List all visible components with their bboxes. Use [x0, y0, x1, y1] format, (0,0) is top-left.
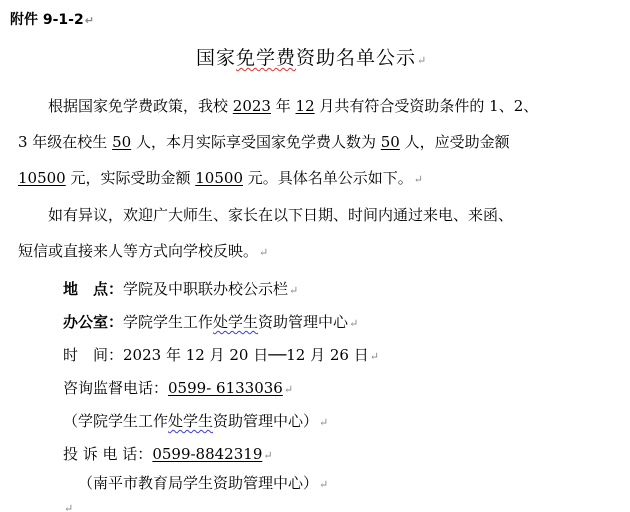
text-run: 免学费政策，我校: [108, 97, 233, 115]
location-label: 地 点：: [63, 280, 123, 298]
paragraph1-line2: 3 年级在校生 50 人，本月实际享受国家免学费人数为 50 人，应受助金额: [18, 132, 510, 152]
annex-label: 附件 9-1-2↵: [10, 10, 94, 31]
office-row: 办公室：学院学生工作处学生资助管理中心↵: [63, 312, 358, 334]
text-run: 免学费人数为: [286, 133, 381, 151]
paragraph-mark-icon: ↵: [64, 502, 73, 512]
title-part: 国家: [196, 47, 236, 69]
text-run: 年: [271, 97, 296, 115]
complaint-label: 投 诉 电 话：: [63, 445, 152, 463]
students-count: 50: [112, 133, 131, 151]
empty-paragraph: ↵: [63, 497, 73, 512]
paragraph-mark-icon: ↵: [417, 54, 427, 67]
title-part: 资助名单公示: [296, 47, 416, 69]
annex-label-text: 附件 9-1-2: [10, 12, 84, 28]
actual-amount: 10500: [195, 169, 243, 187]
time-row: 时 间：2023 年 12 月 20 日──12 月 26 日↵: [63, 345, 379, 367]
paragraph-mark-icon: ↵: [319, 416, 328, 429]
paragraph-mark-icon: ↵: [414, 173, 423, 186]
hotline-note: 资助管理中心）: [213, 412, 318, 430]
hotline-note-row: （学院学生工作处学生资助管理中心）↵: [63, 411, 328, 433]
office-value: 资助管理中心: [258, 313, 348, 331]
office-value-spellcheck: 处学生: [213, 313, 258, 331]
office-label: 办公室：: [63, 313, 123, 331]
complaint-note-row: （南平市教育局学生资助管理中心）↵: [78, 473, 328, 495]
hotline-value: 0599- 6133036: [168, 379, 283, 397]
year-value: 2023: [233, 97, 271, 115]
text-run: 如有异议，欢迎广大师生、家长在以下日期、时间内通过来电、来函、: [48, 206, 513, 224]
text-run: 人，应受助金额: [400, 133, 510, 151]
location-value: 学院及中职联办校公示栏: [123, 280, 288, 298]
due-amount: 10500: [18, 169, 66, 187]
office-value: 学院学生工作: [123, 313, 213, 331]
paragraph1-line3: 10500 元，实际受助金额 10500 元。具体名单公示如下。↵: [18, 168, 423, 190]
paragraph1-line1: 根据国家免学费政策，我校 2023 年 12 月共有符合受资助条件的 1、2、: [48, 96, 538, 116]
month-value: 12: [296, 97, 315, 115]
text-run: 月共有符合受资助条件的 1、2、: [315, 97, 539, 115]
title-spellcheck-word: 免学费: [236, 47, 296, 69]
paragraph-mark-icon: ↵: [85, 14, 94, 27]
paragraph-mark-icon: ↵: [370, 350, 379, 363]
paragraph-mark-icon: ↵: [259, 246, 268, 259]
hotline-row: 咨询监督电话：0599- 6133036↵: [63, 378, 293, 400]
text-run: 短信或直接来人等方式向学校反映。: [18, 242, 258, 260]
time-label: 时 间：: [63, 346, 123, 364]
paragraph2-line2: 短信或直接来人等方式向学校反映。↵: [18, 241, 268, 263]
hotline-note-spellcheck: 处学生: [168, 412, 213, 430]
text-run: 元，实际受助金额: [66, 169, 196, 187]
text-run: 根据国家: [48, 97, 108, 115]
paragraph2-line1: 如有异议，欢迎广大师生、家长在以下日期、时间内通过来电、来函、: [48, 205, 513, 225]
text-run: 3 年级在校生: [18, 133, 112, 151]
paragraph-mark-icon: ↵: [289, 284, 298, 297]
time-value: 2023 年 12 月 20 日──12 月 26 日: [123, 346, 369, 364]
document-title: 国家免学费资助名单公示↵: [196, 48, 427, 71]
document-page: 附件 9-1-2↵ 国家免学费资助名单公示↵ 根据国家免学费政策，我校 2023…: [0, 0, 630, 512]
hotline-label: 咨询监督电话：: [63, 379, 168, 397]
paragraph-mark-icon: ↵: [319, 478, 328, 491]
complaint-note: （南平市教育局学生资助管理中心）: [78, 474, 318, 492]
beneficiaries-count: 50: [381, 133, 400, 151]
paragraph-mark-icon: ↵: [263, 449, 272, 462]
location-row: 地 点：学院及中职联办校公示栏↵: [63, 279, 298, 301]
complaint-value: 0599-8842319: [152, 445, 262, 463]
paragraph-mark-icon: ↵: [284, 383, 293, 396]
paragraph-mark-icon: ↵: [349, 317, 358, 330]
hotline-note: （学院学生工作: [63, 412, 168, 430]
text-run: 元。具体名单公示如下。: [243, 169, 413, 187]
text-run: 人，本月实际享受国家: [131, 133, 286, 151]
complaint-row: 投 诉 电 话：0599-8842319↵: [63, 444, 273, 466]
